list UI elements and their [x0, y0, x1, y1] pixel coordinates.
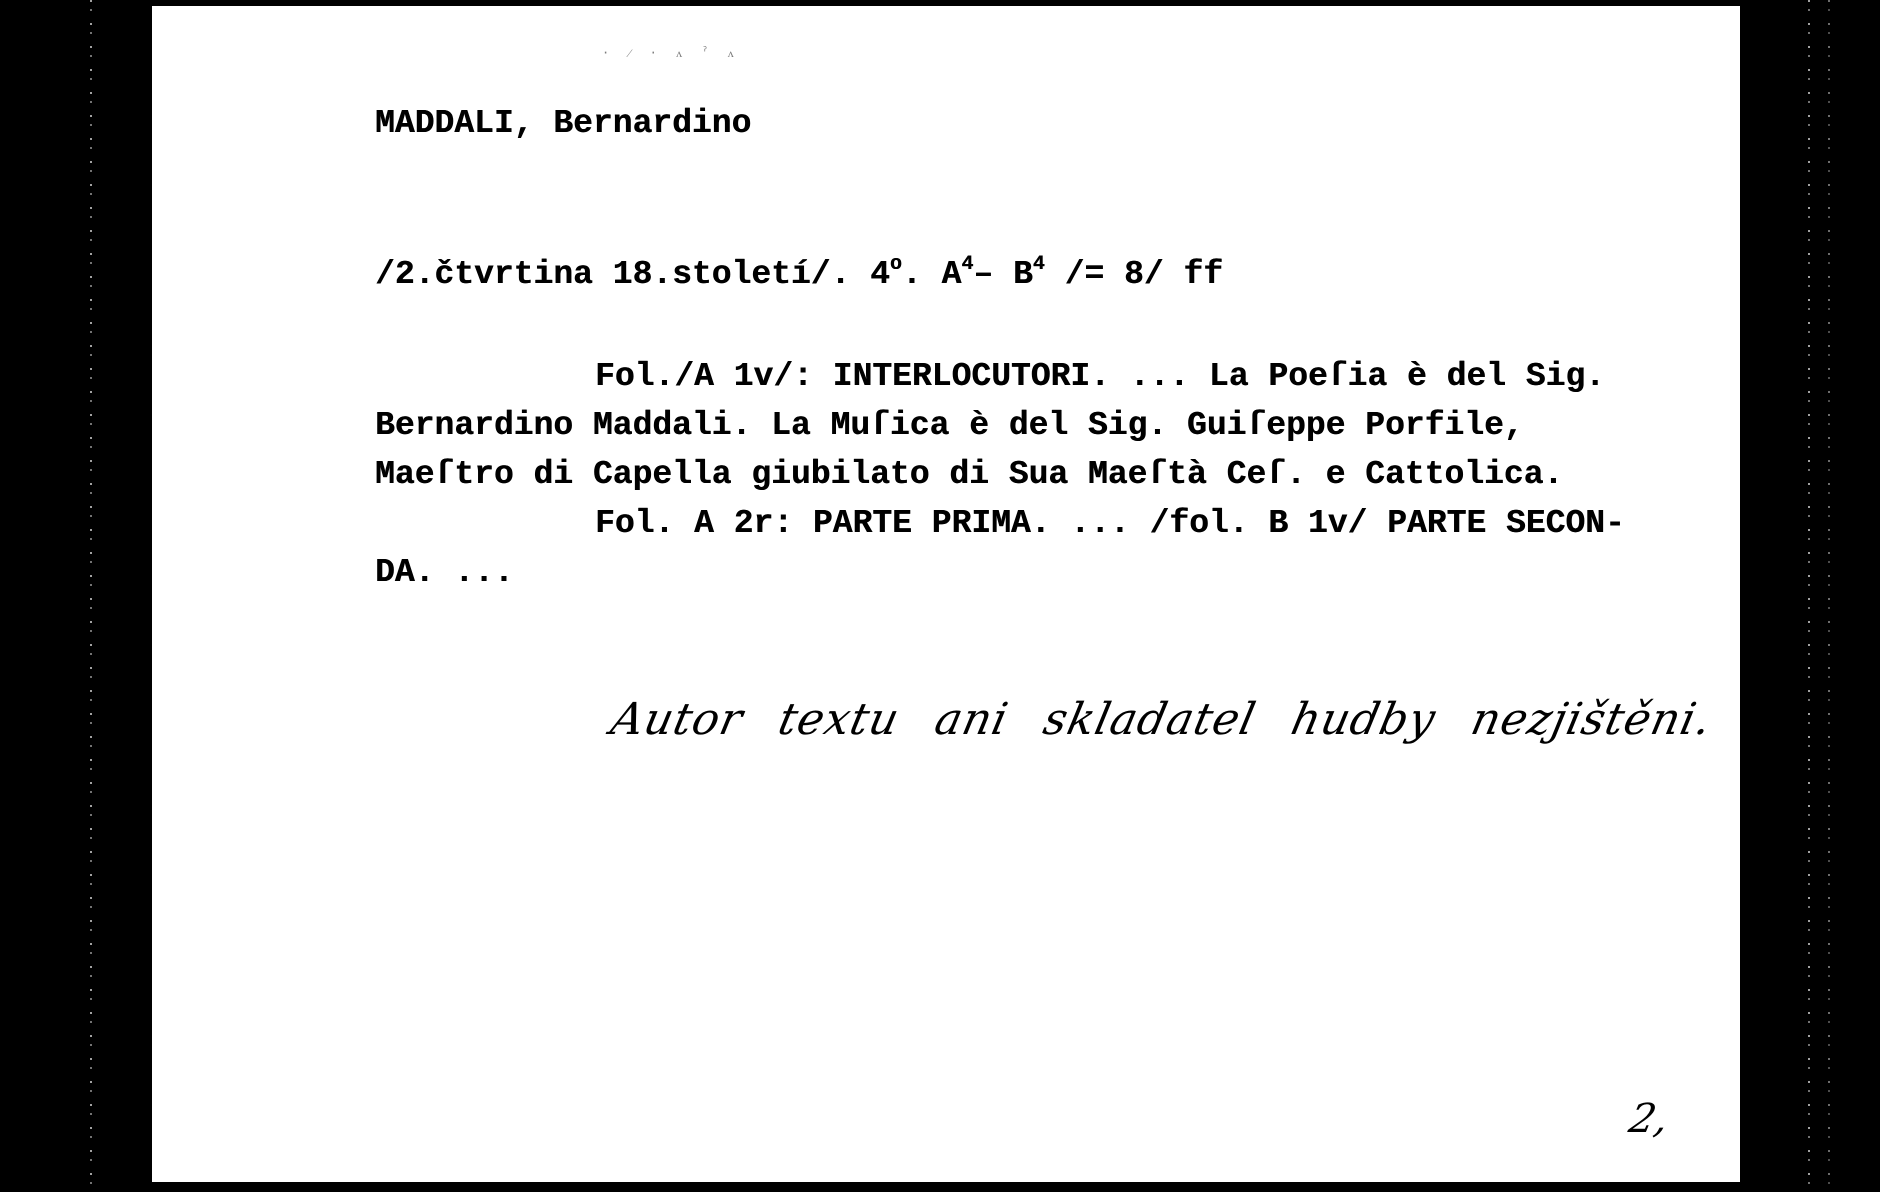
catalog-card: · ⁄ · ᴧ ˀ ᴧ MADDALI, Bernardino /2.čtvrt…: [152, 6, 1740, 1182]
body-line: Fol./A 1v/: INTERLOCUTORI. ... La Poeſia…: [595, 360, 1605, 393]
handwritten-page-number: 2,: [1625, 1096, 1673, 1142]
format-degree: o: [890, 253, 902, 276]
dating-prefix: /2.čtvrtina 18.století/. 4: [375, 256, 890, 293]
card-heading-author: MADDALI, Bernardino: [375, 107, 751, 140]
body-line: DA. ...: [375, 556, 514, 589]
body-line: Maeſtro di Capella giubilato di Sua Maeſ…: [375, 458, 1563, 491]
dating-collation-line: /2.čtvrtina 18.století/. 4o. A4– B4 /= 8…: [375, 258, 1223, 291]
dating-mid-2: – B: [973, 256, 1032, 293]
handwritten-note: Autor textu ani skladatel hudby nezjiště…: [607, 694, 1717, 745]
body-line: Bernardino Maddali. La Muſica è del Sig.…: [375, 409, 1524, 442]
faint-stamp: · ⁄ · ᴧ ˀ ᴧ: [602, 46, 740, 61]
body-line: Fol. A 2r: PARTE PRIMA. ... /fol. B 1v/ …: [595, 507, 1625, 540]
right-margin-scan-artifact: [1808, 0, 1810, 1192]
dating-suffix: /= 8/ ff: [1045, 256, 1223, 293]
right-margin-scan-artifact-secondary: [1828, 0, 1830, 1192]
dating-mid-1: . A: [902, 256, 961, 293]
scanned-card-image: · ⁄ · ᴧ ˀ ᴧ MADDALI, Bernardino /2.čtvrt…: [0, 0, 1880, 1192]
left-margin-scan-artifact: [90, 0, 92, 1192]
signature-b-count: 4: [1033, 253, 1045, 276]
signature-a-count: 4: [961, 253, 973, 276]
